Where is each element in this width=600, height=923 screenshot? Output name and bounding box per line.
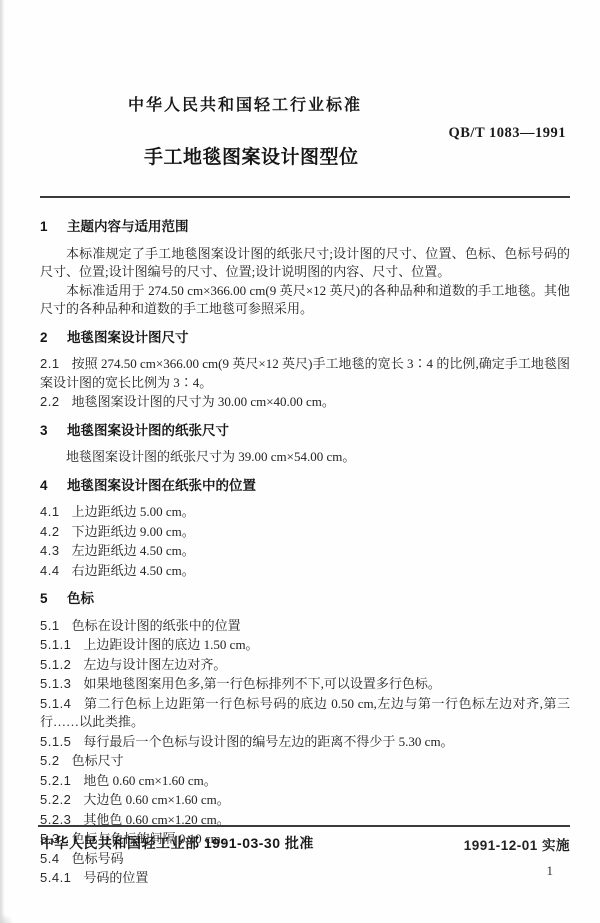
clause-number: 5.4.1 — [40, 870, 71, 885]
clause-5-1-4: 5.1.4第二行色标上边距第一行色标号码的底边 0.50 cm,左边与第一行色标… — [40, 695, 570, 732]
paragraph: 本标准适用于 274.50 cm×366.00 cm(9 英尺×12 英尺)的各… — [40, 282, 570, 319]
clause-text: 如果地毯图案用色多,第一行色标排列不下,可以设置多行色标。 — [83, 676, 441, 691]
clause-number: 5.2 — [40, 753, 60, 768]
footer-implementation-date: 1991-12-01 实施 — [464, 834, 570, 854]
clause-5-1-1: 5.1.1上边距设计图的底边 1.50 cm。 — [40, 636, 570, 655]
clause-5-4-1: 5.4.1号码的位置 — [40, 869, 570, 888]
document-title: 手工地毯图案设计图型位 — [144, 142, 359, 169]
section-heading-4: 4地毯图案设计图在纸张中的位置 — [40, 477, 570, 496]
clause-number: 2.2 — [40, 394, 60, 409]
clause-5-1: 5.1色标在设计图的纸张中的位置 — [40, 617, 570, 636]
scan-smudge — [0, 913, 14, 923]
document-body: 1主题内容与适用范围 本标准规定了手工地毯图案设计图的纸张尺寸;设计图的尺寸、位… — [40, 212, 570, 889]
clause-4-3: 4.3左边距纸边 4.50 cm。 — [40, 542, 570, 561]
clause-text: 号码的位置 — [83, 870, 148, 885]
clause-number: 4.2 — [40, 524, 60, 539]
clause-text: 左边距纸边 4.50 cm。 — [72, 543, 195, 558]
clause-number: 4.3 — [40, 543, 60, 558]
header-divider — [40, 196, 570, 198]
section-heading-3: 3地毯图案设计图的纸张尺寸 — [40, 422, 570, 441]
clause-5-2-1: 5.2.1地色 0.60 cm×1.60 cm。 — [40, 772, 570, 791]
clause-5-1-2: 5.1.2左边与设计图左边对齐。 — [40, 656, 570, 675]
clause-5-1-3: 5.1.3如果地毯图案用色多,第一行色标排列不下,可以设置多行色标。 — [40, 675, 570, 694]
clause-text: 色标在设计图的纸张中的位置 — [72, 618, 241, 633]
section-number: 2 — [40, 329, 50, 348]
clause-text: 右边距纸边 4.50 cm。 — [72, 563, 195, 578]
standard-org-line: 中华人民共和国轻工行业标准 — [128, 92, 362, 115]
clause-5-2: 5.2色标尺寸 — [40, 752, 570, 771]
section-heading-5: 5色标 — [40, 590, 570, 609]
section-heading-text: 主题内容与适用范围 — [67, 219, 189, 234]
section-number: 4 — [40, 477, 50, 496]
clause-number: 5.1.5 — [40, 734, 71, 749]
clause-text: 每行最后一个色标与设计图的编号左边的距离不得少于 5.30 cm。 — [83, 734, 453, 749]
clause-number: 4.4 — [40, 563, 60, 578]
section-heading-2: 2地毯图案设计图尺寸 — [40, 329, 570, 348]
section-heading-1: 1主题内容与适用范围 — [40, 218, 570, 237]
section-heading-text: 地毯图案设计图尺寸 — [67, 330, 189, 345]
clause-2-2: 2.2地毯图案设计图的尺寸为 30.00 cm×40.00 cm。 — [40, 393, 570, 412]
clause-number: 5.1.2 — [40, 657, 71, 672]
clause-text: 色标尺寸 — [72, 753, 124, 768]
clause-4-2: 4.2下边距纸边 9.00 cm。 — [40, 523, 570, 542]
page-number: 1 — [547, 863, 554, 879]
clause-number: 5.1.1 — [40, 637, 71, 652]
clause-number: 5.1 — [40, 618, 60, 633]
section-heading-text: 地毯图案设计图在纸张中的位置 — [67, 478, 256, 493]
clause-text: 左边与设计图左边对齐。 — [83, 657, 226, 672]
clause-text: 大边色 0.60 cm×1.60 cm。 — [83, 792, 229, 807]
clause-text: 第二行色标上边距第一行色标号码的底边 0.50 cm,左边与第一行色标左边对齐,… — [40, 696, 570, 730]
clause-2-1: 2.1按照 274.50 cm×366.00 cm(9 英尺×12 英尺)手工地… — [40, 355, 570, 392]
section-number: 1 — [40, 218, 50, 237]
clause-number: 5.1.3 — [40, 676, 71, 691]
clause-number: 5.2.2 — [40, 792, 71, 807]
clause-number: 5.1.4 — [40, 696, 71, 711]
paragraph: 本标准规定了手工地毯图案设计图的纸张尺寸;设计图的尺寸、位置、色标、色标号码的尺… — [40, 245, 570, 282]
clause-5-1-5: 5.1.5每行最后一个色标与设计图的编号左边的距离不得少于 5.30 cm。 — [40, 733, 570, 752]
clause-text: 上边距设计图的底边 1.50 cm。 — [83, 637, 258, 652]
section-heading-text: 色标 — [67, 591, 94, 606]
footer-divider — [38, 825, 570, 827]
clause-text: 地毯图案设计图的尺寸为 30.00 cm×40.00 cm。 — [72, 394, 335, 409]
section-number: 3 — [40, 422, 50, 441]
standard-document-page: 中华人民共和国轻工行业标准 QB/T 1083—1991 手工地毯图案设计图型位… — [0, 0, 600, 923]
clause-4-1: 4.1上边距纸边 5.00 cm。 — [40, 503, 570, 522]
section-heading-text: 地毯图案设计图的纸张尺寸 — [67, 423, 229, 438]
scan-edge-artifact — [0, 0, 5, 923]
clause-5-2-2: 5.2.2大边色 0.60 cm×1.60 cm。 — [40, 791, 570, 810]
clause-text: 地色 0.60 cm×1.60 cm。 — [83, 773, 216, 788]
section-number: 5 — [40, 590, 50, 609]
paragraph: 地毯图案设计图的纸张尺寸为 39.00 cm×54.00 cm。 — [40, 448, 570, 467]
footer-approval: 中华人民共和国轻工业部 1991-03-30 批准 — [40, 833, 314, 853]
clause-number: 2.1 — [40, 356, 60, 371]
clause-text: 上边距纸边 5.00 cm。 — [72, 504, 195, 519]
clause-text: 下边距纸边 9.00 cm。 — [72, 524, 195, 539]
clause-number: 4.1 — [40, 504, 60, 519]
clause-number: 5.2.1 — [40, 773, 71, 788]
standard-number: QB/T 1083—1991 — [448, 125, 566, 142]
clause-text: 按照 274.50 cm×366.00 cm(9 英尺×12 英尺)手工地毯的宽… — [40, 356, 570, 390]
clause-4-4: 4.4右边距纸边 4.50 cm。 — [40, 562, 570, 581]
